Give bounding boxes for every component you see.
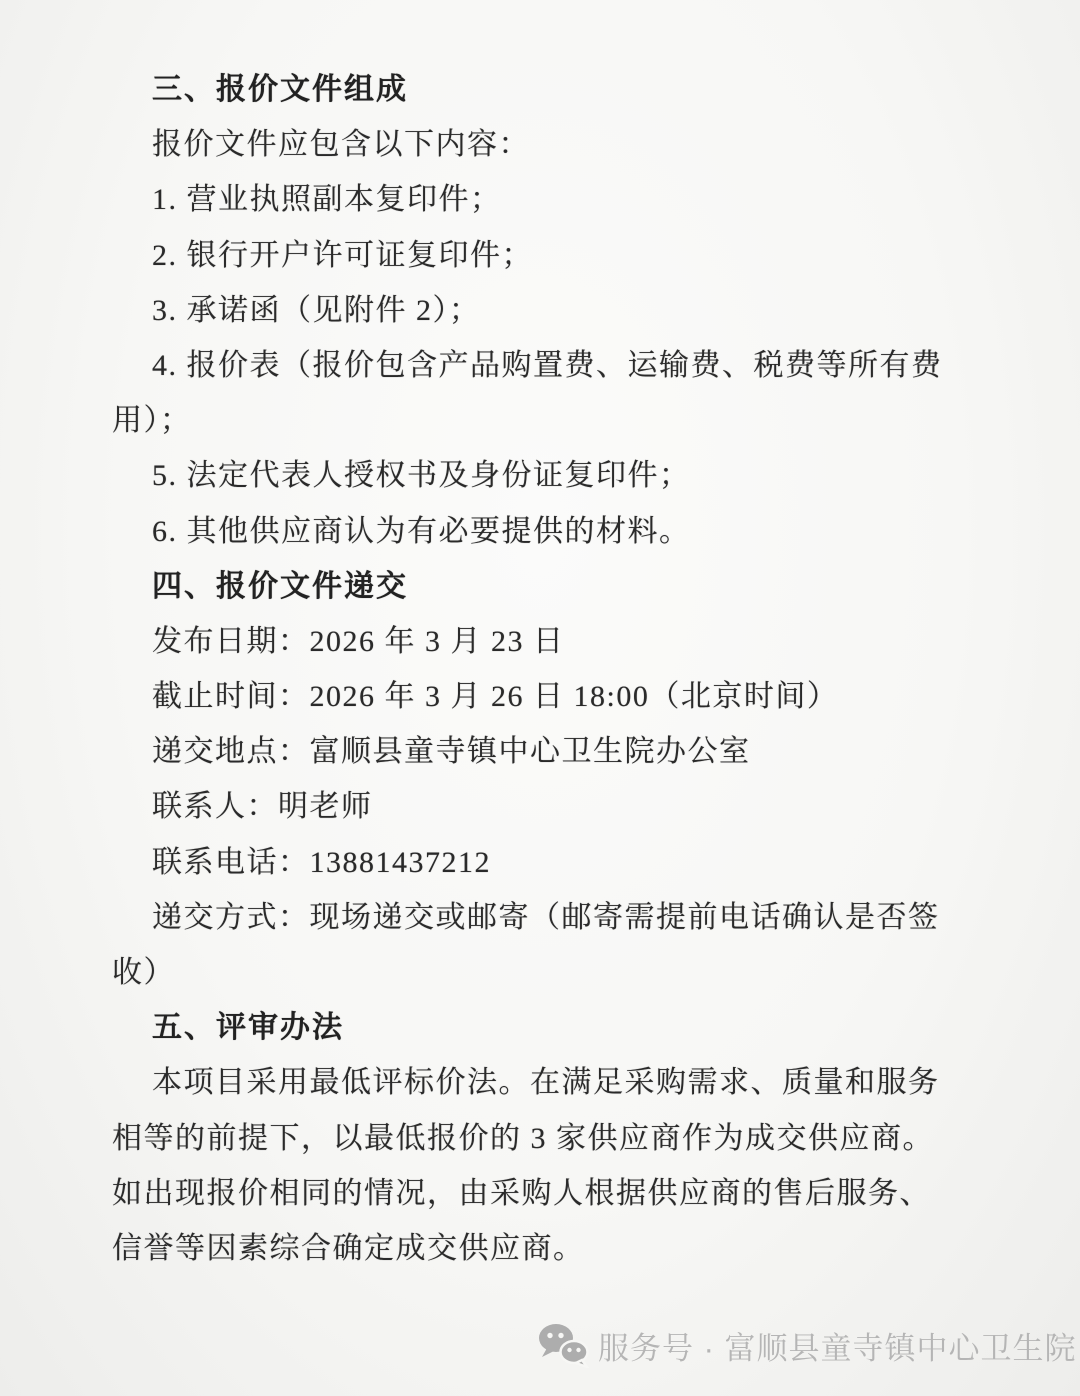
submission-address-line: 递交地点：富顺县童寺镇中心卫生院办公室 [112,724,972,779]
evaluation-paragraph-line-2: 相等的前提下，以最低报价的 3 家供应商作为成交供应商。 [112,1111,972,1166]
section-3-item-2: 2. 银行开户许可证复印件； [112,228,972,283]
watermark-label: 服务号 · 富顺县童寺镇中心卫生院 [598,1323,1077,1368]
service-account-watermark: 服务号 · 富顺县童寺镇中心卫生院 [538,1322,1077,1368]
wechat-logo-icon [538,1322,590,1368]
evaluation-paragraph-line-3: 如出现报价相同的情况，由采购人根据供应商的售后服务、 [112,1166,972,1221]
section-5-heading: 五、评审办法 [112,1000,972,1055]
contact-phone-line: 联系电话：13881437212 [112,835,972,890]
section-3-item-1: 1. 营业执照副本复印件； [112,172,972,227]
section-3-item-4-continued: 用）； [112,393,972,448]
evaluation-paragraph-line-1: 本项目采用最低评标价法。在满足采购需求、质量和服务 [112,1055,972,1110]
section-3-item-6: 6. 其他供应商认为有必要提供的材料。 [112,504,972,559]
document-content: 三、报价文件组成 报价文件应包含以下内容： 1. 营业执照副本复印件； 2. 银… [112,62,972,1276]
section-3-intro: 报价文件应包含以下内容： [112,117,972,172]
section-3-item-3: 3. 承诺函（见附件 2）； [112,283,972,338]
deadline-line: 截止时间：2026 年 3 月 26 日 18:00（北京时间） [112,669,972,724]
evaluation-paragraph-line-4: 信誉等因素综合确定成交供应商。 [112,1221,972,1276]
submission-method-line: 递交方式：现场递交或邮寄（邮寄需提前电话确认是否签 [112,890,972,945]
section-3-item-4: 4. 报价表（报价包含产品购置费、运输费、税费等所有费 [112,338,972,393]
section-4-heading: 四、报价文件递交 [112,559,972,614]
contact-person-line: 联系人：明老师 [112,779,972,834]
section-3-item-5: 5. 法定代表人授权书及身份证复印件； [112,448,972,503]
document-page: 三、报价文件组成 报价文件应包含以下内容： 1. 营业执照副本复印件； 2. 银… [0,0,1080,1396]
publish-date-line: 发布日期：2026 年 3 月 23 日 [112,614,972,669]
section-3-heading: 三、报价文件组成 [112,62,972,117]
submission-method-continued: 收） [112,945,972,1000]
